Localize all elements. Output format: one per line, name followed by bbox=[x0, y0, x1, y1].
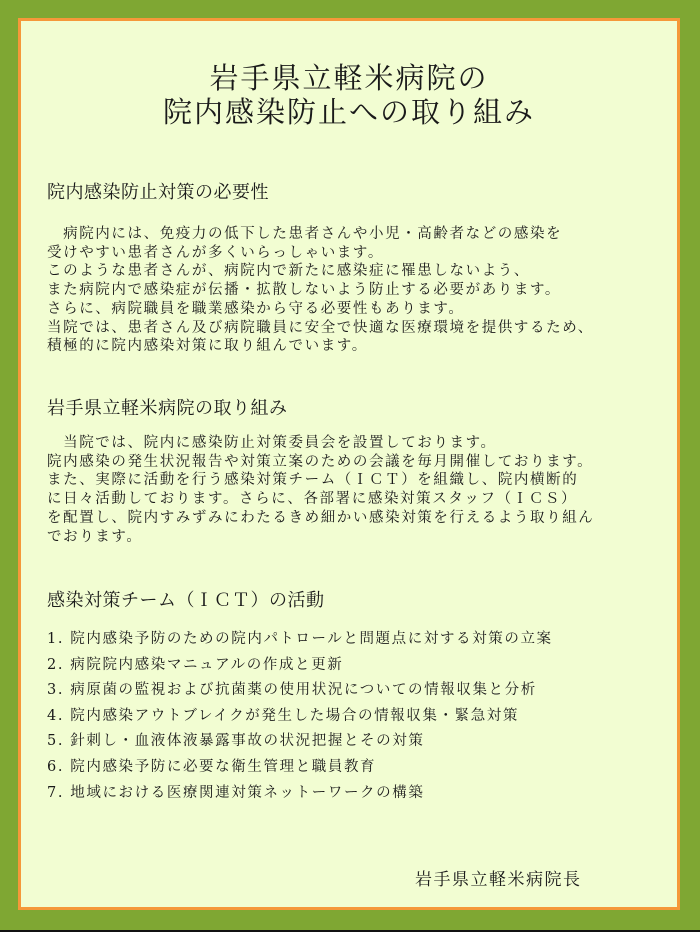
page-title: 岩手県立軽米病院の 院内感染防止への取り組み bbox=[21, 61, 677, 129]
ict-activity-list: 1. 院内感染予防のための院内パトロールと問題点に対する対策の立案 2. 病院院… bbox=[47, 627, 553, 806]
section-heading-necessity: 院内感染防止対策の必要性 bbox=[47, 182, 269, 204]
text-line: でおります。 bbox=[47, 528, 667, 547]
list-item: 4. 院内感染アウトブレイクが発生した場合の情報収集・緊急対策 bbox=[47, 704, 553, 730]
text-line: 受けやすい患者さんが多くいらっしゃいます。 bbox=[47, 244, 667, 263]
document-frame: 岩手県立軽米病院の 院内感染防止への取り組み 院内感染防止対策の必要性 病院内に… bbox=[18, 18, 680, 910]
section-body-necessity: 病院内には、免疫力の低下した患者さんや小児・高齢者などの感染を 受けやすい患者さ… bbox=[47, 225, 667, 356]
section-heading-ict-activities: 感染対策チーム（ＩＣＴ）の活動 bbox=[47, 590, 325, 612]
list-item: 2. 病院院内感染マニュアルの作成と更新 bbox=[47, 653, 553, 679]
signature: 岩手県立軽米病院長 bbox=[415, 865, 582, 890]
text-line: 当院では、患者さん及び病院職員に安全で快適な医療環境を提供するため、 bbox=[47, 319, 667, 338]
title-line-2: 院内感染防止への取り組み bbox=[21, 95, 677, 129]
text-line: また、実際に活動を行う感染対策チーム（ＩＣＴ）を組織し、院内横断的 bbox=[47, 471, 667, 490]
text-line: 積極的に院内感染対策に取り組んでいます。 bbox=[47, 337, 667, 356]
list-item: 1. 院内感染予防のための院内パトロールと問題点に対する対策の立案 bbox=[47, 627, 553, 653]
text-line: を配置し、院内すみずみにわたるきめ細かい感染対策を行えるよう取り組ん bbox=[47, 509, 667, 528]
list-item: 5. 針刺し・血液体液暴露事故の状況把握とその対策 bbox=[47, 729, 553, 755]
text-line: に日々活動しております。さらに、各部署に感染対策スタッフ（ＩＣＳ） bbox=[47, 490, 667, 509]
text-line: 院内感染の発生状況報告や対策立案のための会議を毎月開催しております。 bbox=[47, 453, 667, 472]
text-line: さらに、病院職員を職業感染から守る必要性もあります。 bbox=[47, 300, 667, 319]
list-item: 3. 病原菌の監視および抗菌薬の使用状況についての情報収集と分析 bbox=[47, 678, 553, 704]
text-line: 当院では、院内に感染防止対策委員会を設置しております。 bbox=[47, 434, 667, 453]
text-line: また病院内で感染症が伝播・拡散しないよう防止する必要があります。 bbox=[47, 281, 667, 300]
section-heading-initiatives: 岩手県立軽米病院の取り組み bbox=[47, 398, 288, 420]
text-line: 病院内には、免疫力の低下した患者さんや小児・高齢者などの感染を bbox=[47, 225, 667, 244]
list-item: 6. 院内感染予防に必要な衛生管理と職員教育 bbox=[47, 755, 553, 781]
list-item: 7. 地域における医療関連対策ネットーワークの構築 bbox=[47, 781, 553, 807]
title-line-1: 岩手県立軽米病院の bbox=[21, 61, 677, 95]
section-body-initiatives: 当院では、院内に感染防止対策委員会を設置しております。 院内感染の発生状況報告や… bbox=[47, 434, 667, 546]
text-line: このような患者さんが、病院内で新たに感染症に罹患しないよう、 bbox=[47, 262, 667, 281]
